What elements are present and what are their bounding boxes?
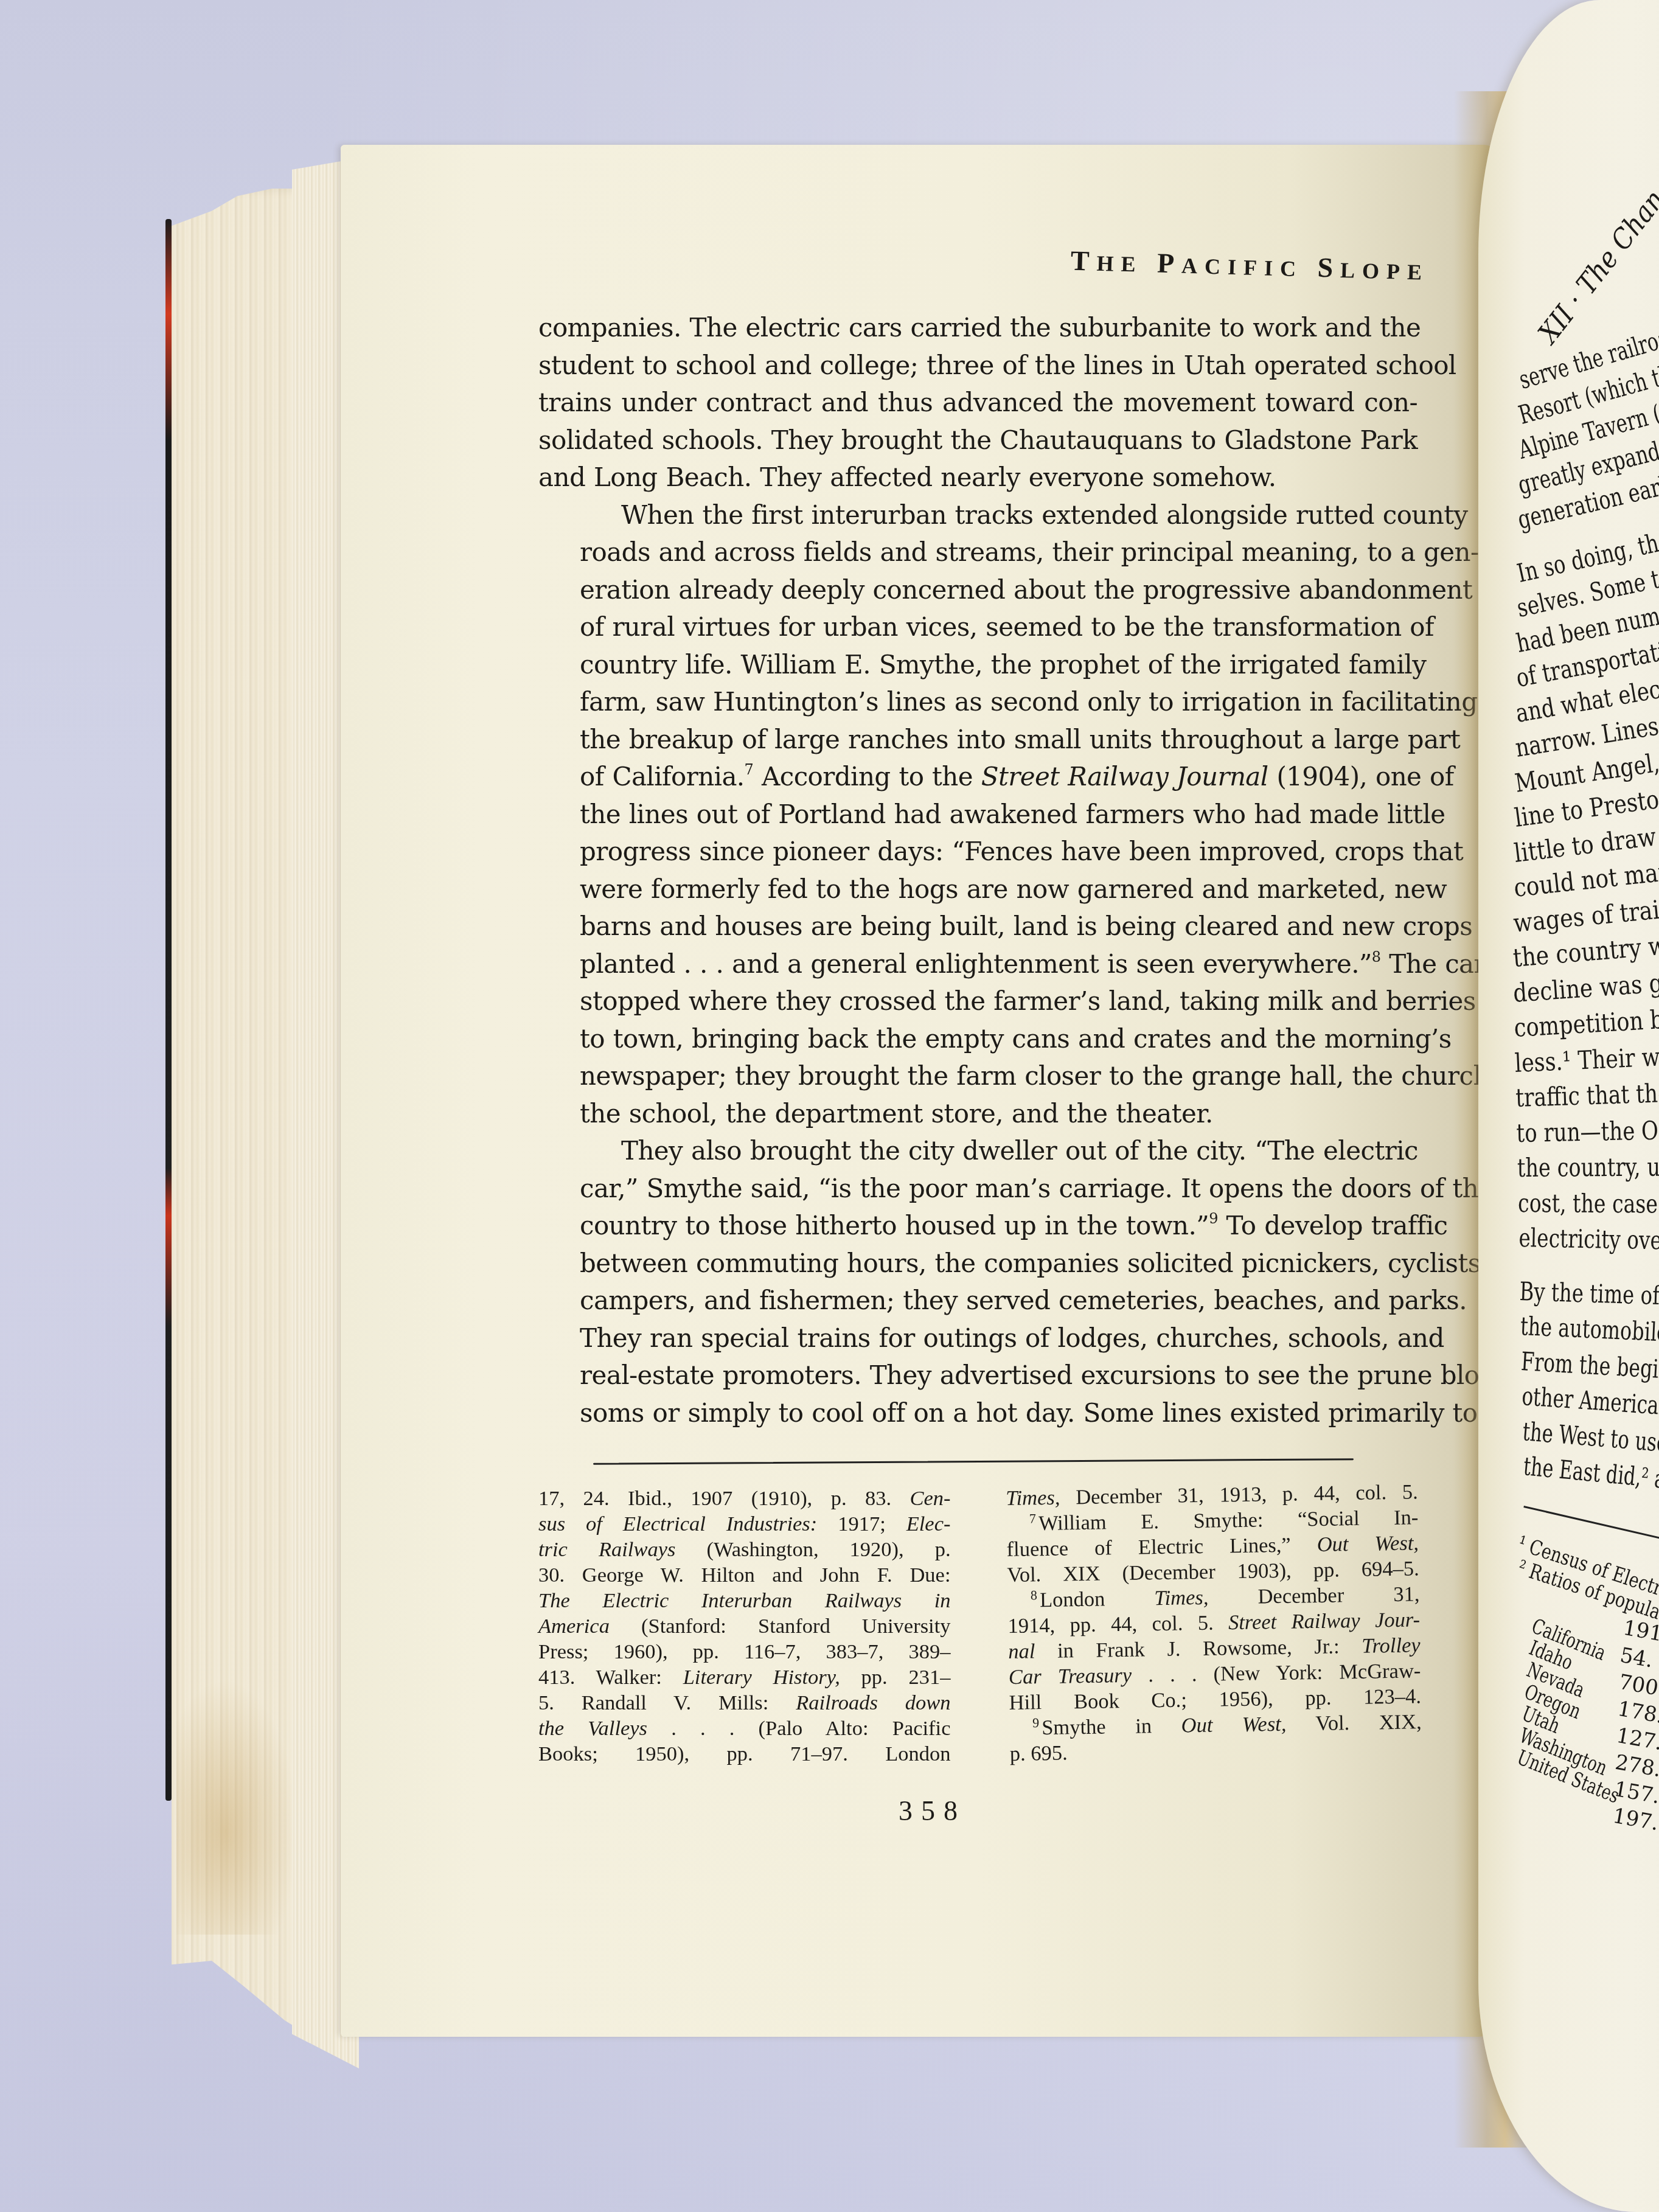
- footnotes-left-column: 17, 24. Ibid., 1907 (1910), p. 83. Cen-s…: [538, 1486, 951, 1767]
- footnote-number: 9: [1032, 1715, 1038, 1730]
- text-run: planted . . . and a general enlightenmen…: [580, 949, 1372, 979]
- running-head-word: THE: [1070, 245, 1143, 278]
- text-run: Books; 1950), pp. 71–97. London: [538, 1742, 951, 1765]
- running-head-rest: ACIFIC: [1181, 254, 1304, 282]
- italic-title: Times,: [1006, 1486, 1060, 1510]
- footnote-line: tric Railways (Washington, 1920), p.: [538, 1537, 951, 1562]
- text-line: the breakup of large ranches into small …: [538, 721, 1417, 759]
- footnote-ref: 8: [1372, 948, 1381, 965]
- right-body-line: the East did,² and led in b: [1522, 1451, 1659, 1503]
- text-run: . . . (Palo Alto: Pacific: [647, 1717, 950, 1740]
- right-body-line: traffic that the electric ca: [1515, 1074, 1659, 1113]
- text-line: the school, the department store, and th…: [538, 1095, 1417, 1133]
- text-run: p. 695.: [1009, 1741, 1067, 1765]
- right-body-line: electricity over steam.: [1518, 1223, 1659, 1257]
- footnote-line: The Electric Interurban Railways in: [538, 1588, 951, 1613]
- footnote-line: the Valleys . . . (Palo Alto: Pacific: [538, 1716, 951, 1741]
- text-line: eration already deeply concerned about t…: [538, 571, 1417, 609]
- text-run: December 31, 1913, p. 44, col. 5.: [1060, 1480, 1418, 1509]
- left-page-content: THE PACIFIC SLOPE companies. The electri…: [538, 254, 1417, 1827]
- text-line: planted . . . and a general enlightenmen…: [538, 945, 1417, 983]
- text-line: campers, and fishermen; they served ceme…: [538, 1282, 1417, 1320]
- text-line: were formerly fed to the hogs are now ga…: [538, 871, 1417, 908]
- text-line: roads and across fields and streams, the…: [538, 534, 1417, 571]
- italic-title: Out West,: [1316, 1531, 1419, 1556]
- italic-title: America: [538, 1615, 610, 1638]
- text-line: the lines out of Portland had awakened f…: [538, 796, 1417, 833]
- text-line: of rural virtues for urban vices, seemed…: [538, 608, 1417, 646]
- text-line: between commuting hours, the companies s…: [538, 1245, 1417, 1282]
- footnote-line: Press; 1960), pp. 116–7, 383–7, 389–: [538, 1639, 951, 1664]
- page-number: 358: [538, 1795, 1417, 1827]
- footnote-line: 17, 24. Ibid., 1907 (1910), p. 83. Cen-: [538, 1486, 951, 1511]
- text-run: 5. Randall V. Mills:: [538, 1691, 796, 1714]
- book-cover-edge: [165, 219, 172, 1801]
- text-line: stopped where they crossed the farmer’s …: [538, 983, 1417, 1020]
- right-running-head: XII · The Changing C: [1531, 117, 1659, 349]
- table-value: 54.: [1618, 1643, 1655, 1673]
- text-run: pp. 231–: [840, 1666, 951, 1689]
- footnote-line: 5. Randall V. Mills: Railroads down: [538, 1690, 951, 1716]
- text-run: London: [1039, 1587, 1154, 1612]
- text-run: Vol. XIX,: [1286, 1710, 1422, 1735]
- italic-title: The Electric Interurban Railways in: [538, 1589, 951, 1612]
- text-run: 17, 24. Ibid., 1907 (1910), p. 83.: [538, 1487, 909, 1510]
- body-text: companies. The electric cars carried the…: [538, 309, 1417, 1431]
- italic-title: Cen-: [909, 1487, 950, 1510]
- footnote-line: 413. Walker: Literary History, pp. 231–: [538, 1664, 951, 1690]
- text-run: 1914, pp. 44, col. 5.: [1007, 1611, 1228, 1638]
- text-run: (Stanford: Stanford University: [610, 1615, 951, 1638]
- footnote-line: sus of Electrical Industries: 1917; Elec…: [538, 1511, 951, 1537]
- text-run: . . . (New York: McGraw-: [1131, 1659, 1421, 1686]
- running-head-cap: T: [1070, 245, 1097, 277]
- text-line: solidated schools. They brought the Chau…: [538, 422, 1417, 459]
- text-line: progress since pioneer days: “Fences hav…: [538, 833, 1417, 871]
- text-line: of California.7 According to the Street …: [538, 758, 1417, 796]
- running-head-word: SLOPE: [1317, 252, 1430, 286]
- footnotes: 17, 24. Ibid., 1907 (1910), p. 83. Cen-s…: [538, 1486, 1417, 1767]
- footnote-number: 8: [1030, 1587, 1037, 1602]
- footnotes-right-column: Times, December 31, 1913, p. 44, col. 5.…: [1006, 1479, 1422, 1767]
- text-run: (1904), one of: [1268, 762, 1454, 791]
- text-line: student to school and college; three of …: [538, 347, 1417, 384]
- paragraph: They also brought the city dweller out o…: [538, 1132, 1417, 1431]
- running-head-cap: S: [1317, 252, 1341, 283]
- italic-title: Railroads down: [796, 1691, 950, 1714]
- footnote-ref: 9: [1209, 1210, 1218, 1227]
- right-body-line: cost, the case for gasoline: [1518, 1188, 1659, 1220]
- text-line: newspaper; they brought the farm closer …: [538, 1057, 1417, 1095]
- right-body-line: By the time of the Fi: [1519, 1276, 1659, 1313]
- italic-title: sus of Electrical Industries:: [538, 1512, 817, 1536]
- table-value: 197.: [1611, 1804, 1659, 1836]
- italic-title: Literary History,: [683, 1666, 840, 1689]
- text-line: farm, saw Huntington’s lines as second o…: [538, 683, 1417, 721]
- text-line: When the first interurban tracks extende…: [538, 496, 1417, 534]
- italic-title: Trolley: [1361, 1633, 1420, 1658]
- right-body-line: less.¹ Their worst problem: [1514, 1035, 1659, 1077]
- text-run: country to those hitherto housed up in t…: [580, 1211, 1209, 1240]
- right-body-line: to run—the Oregon City: [1516, 1113, 1659, 1148]
- text-run: According to the: [753, 762, 981, 791]
- right-page: XII · The Changing Cserve the railroads’…: [1478, 0, 1659, 2212]
- text-run: of California.: [580, 762, 745, 791]
- italic-title: Times,: [1154, 1586, 1209, 1610]
- text-run: 30. George W. Hilton and John F. Due:: [538, 1563, 951, 1587]
- text-run: (Washington, 1920), p.: [675, 1538, 950, 1561]
- right-body-line: the automobile as a routin: [1520, 1311, 1659, 1352]
- text-run: To develop traffic: [1218, 1211, 1448, 1240]
- text-run: 1917;: [817, 1512, 906, 1536]
- text-run: Smythe in: [1041, 1714, 1181, 1740]
- italic-title: Street Railway Jour-: [1228, 1608, 1420, 1634]
- right-body-line: the country, until 1958—b: [1517, 1151, 1659, 1183]
- text-run: fluence of Electric Lines,”: [1006, 1533, 1317, 1561]
- text-line: soms or simply to cool off on a hot day.…: [538, 1394, 1417, 1432]
- text-run: in Frank J. Rowsome, Jr.:: [1035, 1635, 1362, 1663]
- text-line: and Long Beach. They affected nearly eve…: [538, 459, 1417, 496]
- italic-title: tric Railways: [538, 1538, 675, 1561]
- text-line: They also brought the city dweller out o…: [538, 1132, 1417, 1170]
- running-head: THE PACIFIC SLOPE: [537, 229, 1430, 309]
- text-line: barns and houses are being built, land i…: [538, 908, 1417, 945]
- footnote-rule: [593, 1458, 1354, 1465]
- text-line: country to those hitherto housed up in t…: [538, 1207, 1417, 1245]
- text-run: Press; 1960), pp. 116–7, 383–7, 389–: [538, 1640, 951, 1663]
- text-line: companies. The electric cars carried the…: [538, 309, 1417, 347]
- footnote-number: 7: [1029, 1511, 1035, 1526]
- footnote-line: America (Stanford: Stanford University: [538, 1613, 951, 1639]
- text-line: trains under contract and thus advanced …: [538, 384, 1417, 422]
- italic-title: nal: [1007, 1640, 1035, 1663]
- footnote-line: 30. George W. Hilton and John F. Due:: [538, 1562, 951, 1588]
- italic-title: Car Treasury: [1008, 1664, 1132, 1689]
- running-head-cap: P: [1156, 248, 1182, 279]
- footnote-line: Books; 1950), pp. 71–97. London: [538, 1741, 951, 1767]
- italic-title: Out West,: [1181, 1713, 1286, 1737]
- paragraph: When the first interurban tracks extende…: [538, 496, 1417, 1133]
- text-line: car,” Smythe said, “is the poor man’s ca…: [538, 1170, 1417, 1208]
- text-line: to town, bringing back the empty cans an…: [538, 1020, 1417, 1058]
- running-head-word: PACIFIC: [1156, 248, 1303, 283]
- text-line: They ran special trains for outings of l…: [538, 1320, 1417, 1357]
- text-run: 413. Walker:: [538, 1666, 683, 1689]
- left-page: THE PACIFIC SLOPE companies. The electri…: [341, 145, 1497, 2037]
- running-head-rest: LOPE: [1340, 258, 1430, 285]
- italic-title: the Valleys: [538, 1717, 647, 1740]
- italic-title: Street Railway Journal: [981, 762, 1268, 791]
- footnote-ref: 7: [745, 761, 754, 778]
- text-line: real-estate promoters. They advertised e…: [538, 1357, 1417, 1394]
- text-line: country life. William E. Smythe, the pro…: [538, 646, 1417, 684]
- italic-title: Elec-: [906, 1512, 951, 1536]
- running-head-rest: HE: [1096, 251, 1143, 277]
- paragraph: companies. The electric cars carried the…: [538, 309, 1417, 496]
- text-run: December 31,: [1208, 1582, 1420, 1609]
